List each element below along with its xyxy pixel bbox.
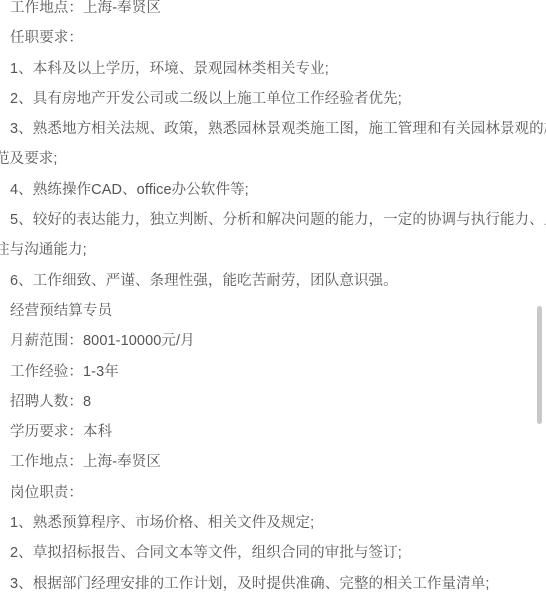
text-line: 招聘人数：8 xyxy=(0,387,546,417)
text-line: 学历要求：本科 xyxy=(0,417,546,447)
text-line: 往与沟通能力; xyxy=(0,235,546,265)
text-line: 工作地点：上海-奉贤区 xyxy=(0,0,546,23)
text-line: 6、工作细致、严谨、条理性强，能吃苦耐劳，团队意识强。 xyxy=(0,266,546,296)
text-line: 任职要求： xyxy=(0,23,546,53)
text-line: 1、本科及以上学历，环境、景观园林类相关专业; xyxy=(0,54,546,84)
job-description-text: 工作地点：上海-奉贤区任职要求：1、本科及以上学历，环境、景观园林类相关专业;2… xyxy=(0,0,546,599)
text-line: 5、较好的表达能力，独立判断、分析和解决问题的能力，一定的协调与执行能力、人 xyxy=(0,205,546,235)
text-line: 经营预结算专员 xyxy=(0,296,546,326)
text-line: 工作地点：上海-奉贤区 xyxy=(0,447,546,477)
text-line: 3、熟悉地方相关法规、政策，熟悉园林景观类施工图，施工管理和有关园林景观的施 xyxy=(0,114,546,144)
text-line: 4、熟练操作CAD、office办公软件等; xyxy=(0,175,546,205)
text-line: 2、草拟招标报告、合同文本等文件，组织合同的审批与签订; xyxy=(0,538,546,568)
job-detail-panel[interactable]: 工作地点：上海-奉贤区任职要求：1、本科及以上学历，环境、景观园林类相关专业;2… xyxy=(0,0,546,600)
text-line: 2、具有房地产开发公司或二级以上施工单位工作经验者优先; xyxy=(0,84,546,114)
text-line: 岗位职责： xyxy=(0,478,546,508)
text-line: 1、熟悉预算程序、市场价格、相关文件及规定; xyxy=(0,508,546,538)
text-line: 范及要求; xyxy=(0,144,546,174)
text-line: 3、根据部门经理安排的工作计划，及时提供准确、完整的相关工作量清单; xyxy=(0,569,546,599)
text-line: 工作经验：1-3年 xyxy=(0,357,546,387)
vertical-scrollbar-thumb[interactable] xyxy=(537,306,542,424)
text-line: 月薪范围：8001-10000元/月 xyxy=(0,326,546,356)
